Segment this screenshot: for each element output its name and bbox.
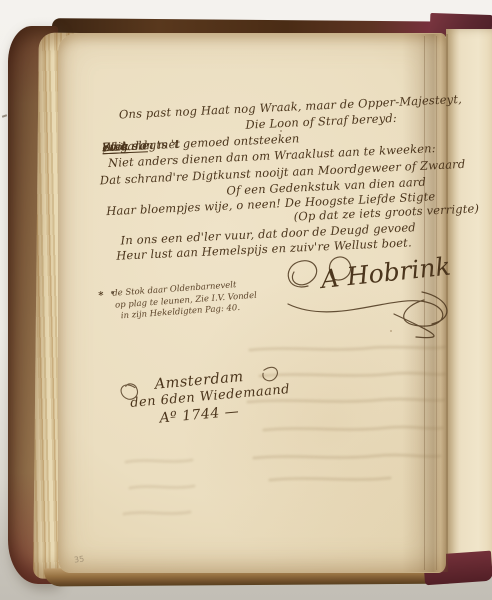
pencil-page-number: 35 bbox=[73, 554, 84, 564]
signature: A Hobrink bbox=[274, 234, 474, 344]
dateline-block: Amsterdam den 6den Wiedemaand Aº 1744 — bbox=[128, 365, 292, 429]
footnote-marker: * bbox=[98, 290, 104, 302]
signature-name: A Hobrink bbox=[318, 252, 452, 295]
manuscript-photo: Ons past nog Haat nog Wraak, maar de Opp… bbox=[0, 0, 492, 600]
ink-speck bbox=[280, 130, 282, 132]
margin-mark bbox=[2, 114, 7, 118]
verso-show-through bbox=[118, 448, 198, 528]
ink-speck bbox=[111, 291, 114, 294]
ink-speck bbox=[390, 330, 392, 332]
